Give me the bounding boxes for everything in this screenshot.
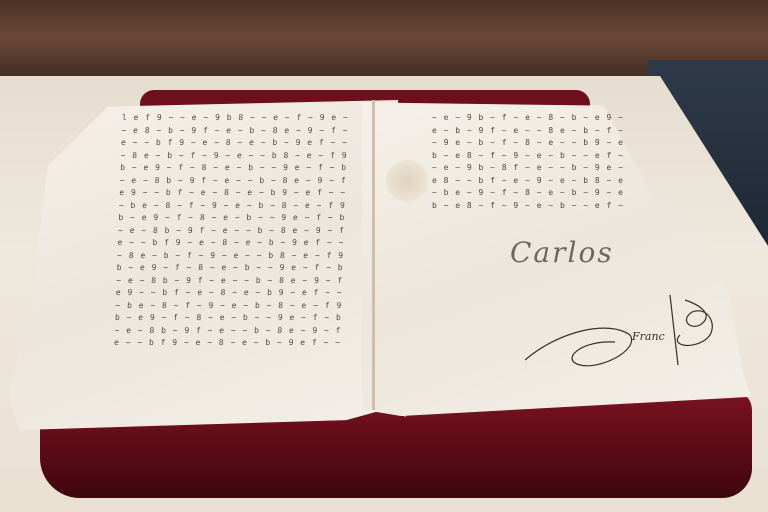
seal-mark (386, 160, 428, 202)
signature-flourish-icon: Franc (520, 290, 730, 380)
signature-carlos: Carlos (510, 236, 614, 269)
flourish-text: Franc (631, 330, 665, 343)
cipher-text-left: l e f 9 ~ ~ e ~ 9 b 8 ~ ~ e ~ f ~ 9 e ~ … (114, 112, 390, 350)
cipher-text-right: ~ e ~ 9 b ~ f ~ e ~ 8 ~ b ~ e 9 ~ e ~ b … (432, 112, 642, 222)
